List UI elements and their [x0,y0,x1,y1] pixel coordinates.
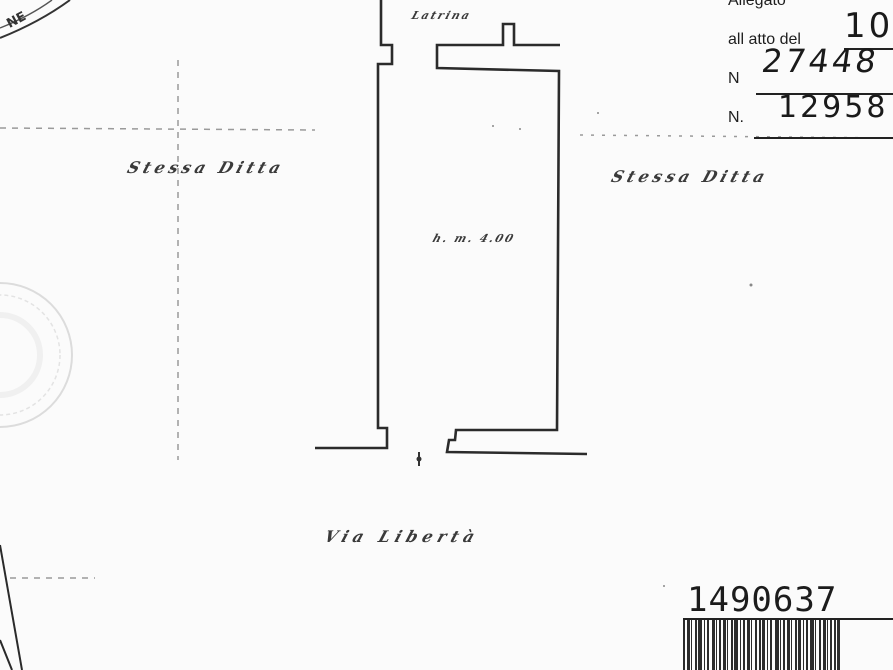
label-right-neighbor: Stessa Ditta [609,167,771,186]
diagonal-boundary-lines [0,545,22,670]
svg-text:NE: NE [4,9,28,32]
stamp-n2-value: 12958 [778,90,888,125]
barcode-bars-icon [683,618,893,670]
barcode: 1490637 [683,580,893,670]
stamp-date-value: 10 [844,6,893,46]
scanned-page: NE [0,0,893,670]
label-left-neighbor: Stessa Ditta [125,158,287,177]
entrance-marker-icon [417,452,422,466]
stamp-n1-label: N [728,70,740,88]
attachment-stamp: Allegato all atto del 10 N 27448 N. 1295… [726,0,893,142]
label-room-height: h. m. 4.00 [431,232,517,245]
seal-top-left-icon: NE [0,0,70,38]
label-top-room: Latrina [410,9,473,22]
barcode-number: 1490637 [687,580,837,620]
embossed-seal-icon [0,283,72,427]
stamp-title: Allegato [728,0,786,10]
building-outline [315,0,587,454]
label-street: Via Libertà [322,527,482,546]
n2-underline [754,137,893,139]
stamp-n2-label: N. [728,109,744,127]
stamp-n1-value: 27448 [759,42,881,80]
